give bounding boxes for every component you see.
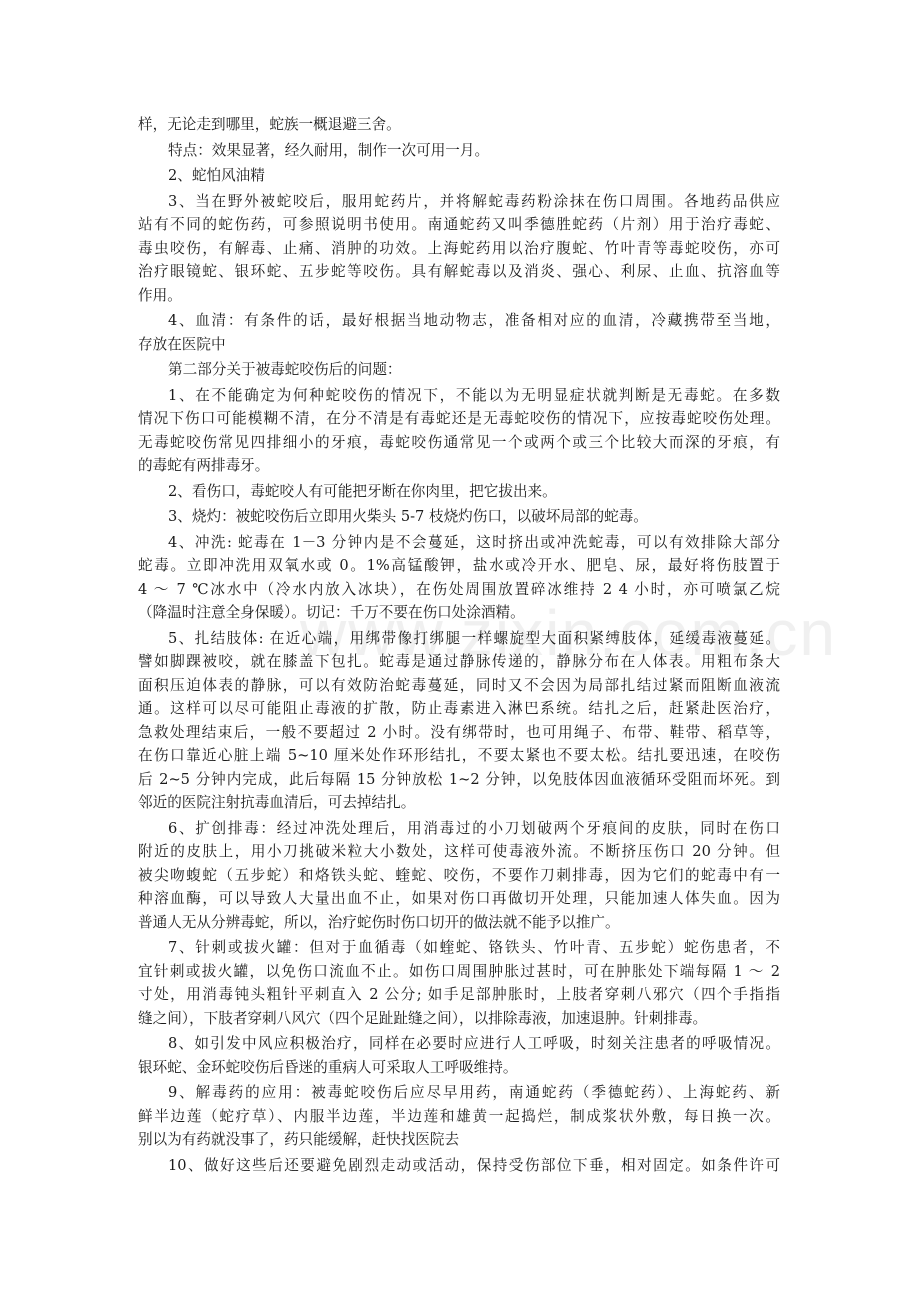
paragraph: 9、解毒药的应用：被毒蛇咬伤后应尽早用药，南通蛇药（季德蛇药）、上海蛇药、新鲜半… — [138, 1081, 780, 1152]
text-line: 2、看伤口，毒蛇咬人有可能把牙断在你肉里，把它拔出来。 — [138, 480, 780, 504]
paragraph: 8、如引发中风应积极治疗，同样在必要时应进行人工呼吸，时刻关注患者的呼吸情况。银… — [138, 1032, 780, 1079]
text-line: 被尖吻蝮蛇（五步蛇）和烙铁头蛇、蝰蛇、咬伤，不要作刀刺排毒，因为它们的蛇毒中有一 — [138, 864, 780, 888]
paragraph: 5、扎结肢体: 在近心端，用绑带像打绑腿一样螺旋型大面积紧缚肢体，延缓毒液蔓延。… — [138, 627, 780, 815]
text-line: 附近的皮肤上，用小刀挑破米粒大小数处，这样可使毒液外流。不断挤压伤口 20 分钟… — [138, 840, 780, 864]
text-line: 第二部分关于被毒蛇咬伤后的问题： — [138, 358, 780, 382]
text-line: 通。这样可以尽可能阻止毒液的扩散，防止毒素进入淋巴系统。结扎之后，赶紧赴医治疗， — [138, 697, 780, 721]
text-line: 样，无论走到哪里，蛇族一概退避三舍。 — [138, 113, 780, 137]
paragraph: 3、当在野外被蛇咬后，服用蛇药片，并将解蛇毒药粉涂抹在伤口周围。各地药品供应站有… — [138, 190, 780, 308]
document-page: 样，无论走到哪里，蛇族一概退避三舍。特点：效果显著，经久耐用，制作一次可用一月。… — [138, 113, 780, 1179]
text-line: 4、血清：有条件的话，最好根据当地动物志，准备相对应的血清，冷藏携带至当地， — [138, 309, 780, 333]
text-line: 7、针刺或拔火罐：但对于血循毒（如蝰蛇、铬铁头、竹叶青、五步蛇）蛇伤患者，不 — [138, 936, 780, 960]
text-line: 站有不同的蛇伤药，可参照说明书使用。南通蛇药又叫季德胜蛇药（片剂）用于治疗毒蛇、 — [138, 213, 780, 237]
paragraph: 7、针刺或拔火罐：但对于血循毒（如蝰蛇、铬铁头、竹叶青、五步蛇）蛇伤患者，不宜针… — [138, 936, 780, 1030]
paragraph: 1、在不能确定为何种蛇咬伤的情况下，不能以为无明显症状就判断是无毒蛇。在多数情况… — [138, 384, 780, 478]
text-line: 治疗眼镜蛇、银环蛇、五步蛇等咬伤。具有解蛇毒以及消炎、强心、利尿、止血、抗溶血等 — [138, 260, 780, 284]
text-line: （降温时注意全身保暖）。切记：千万不要在伤口处涂酒精。 — [138, 601, 780, 625]
text-line: 银环蛇、金环蛇咬伤后昏迷的重病人可采取人工呼吸维持。 — [138, 1056, 780, 1080]
text-line: 譬如脚踝被咬，就在膝盖下包扎。蛇毒是通过静脉传递的，静脉分布在人体表。用粗布条大 — [138, 650, 780, 674]
paragraph: 6、扩创排毒：经过冲洗处理后，用消毒过的小刀划破两个牙痕间的皮肤，同时在伤口附近… — [138, 817, 780, 935]
text-line: 9、解毒药的应用：被毒蛇咬伤后应尽早用药，南通蛇药（季德蛇药）、上海蛇药、新 — [138, 1081, 780, 1105]
paragraph: 3、烧灼：被蛇咬伤后立即用火柴头 5-7 枝烧灼伤口，以破坏局部的蛇毒。 — [138, 505, 780, 529]
text-line: 4、冲洗: 蛇毒在 1－3 分钟内是不会蔓延，这时挤出或冲洗蛇毒，可以有效排除大… — [138, 531, 780, 555]
text-line: 寸处，用消毒钝头粗针平刺直入 2 公分; 如手足部肿胀时，上肢者穿刺八邪穴（四个… — [138, 983, 780, 1007]
text-line: 缝之间），下肢者穿刺八风穴（四个足趾趾缝之间），以排除毒液，加速退肿。针刺排毒。 — [138, 1007, 780, 1031]
text-line: 1、在不能确定为何种蛇咬伤的情况下，不能以为无明显症状就判断是无毒蛇。在多数 — [138, 384, 780, 408]
paragraph: 样，无论走到哪里，蛇族一概退避三舍。 — [138, 113, 780, 137]
text-line: 后 2~5 分钟内完成，此后每隔 15 分钟放松 1~2 分钟，以免肢体因血液循… — [138, 768, 780, 792]
text-line: 在伤口靠近心脏上端 5~10 厘米处作环形结扎，不要太紧也不要太松。结扎要迅速，… — [138, 744, 780, 768]
text-line: 情况下伤口可能模糊不清，在分不清是有毒蛇还是无毒蛇咬伤的情况下，应按毒蛇咬伤处理… — [138, 407, 780, 431]
text-line: 毒虫咬伤，有解毒、止痛、消肿的功效。上海蛇药用以治疗腹蛇、竹叶青等毒蛇咬伤，亦可 — [138, 237, 780, 261]
text-line: 作用。 — [138, 284, 780, 308]
text-line: 6、扩创排毒：经过冲洗处理后，用消毒过的小刀划破两个牙痕间的皮肤，同时在伤口 — [138, 817, 780, 841]
paragraph: 10、做好这些后还要避免剧烈走动或活动，保持受伤部位下垂，相对固定。如条件许可 — [138, 1154, 780, 1178]
paragraph: 2、看伤口，毒蛇咬人有可能把牙断在你肉里，把它拔出来。 — [138, 480, 780, 504]
text-line: 特点：效果显著，经久耐用，制作一次可用一月。 — [138, 139, 780, 163]
text-line: 8、如引发中风应积极治疗，同样在必要时应进行人工呼吸，时刻关注患者的呼吸情况。 — [138, 1032, 780, 1056]
paragraph: 特点：效果显著，经久耐用，制作一次可用一月。 — [138, 139, 780, 163]
paragraph: 4、血清：有条件的话，最好根据当地动物志，准备相对应的血清，冷藏携带至当地，存放… — [138, 309, 780, 356]
text-line: 3、烧灼：被蛇咬伤后立即用火柴头 5-7 枝烧灼伤口，以破坏局部的蛇毒。 — [138, 505, 780, 529]
text-line: 3、当在野外被蛇咬后，服用蛇药片，并将解蛇毒药粉涂抹在伤口周围。各地药品供应 — [138, 190, 780, 214]
paragraph: 4、冲洗: 蛇毒在 1－3 分钟内是不会蔓延，这时挤出或冲洗蛇毒，可以有效排除大… — [138, 531, 780, 625]
text-line: 的毒蛇有两排毒牙。 — [138, 454, 780, 478]
text-line: 4 ～ 7 ℃冰水中（冷水内放入冰块），在伤处周围放置碎冰维持 2 4 小时，亦… — [138, 578, 780, 602]
text-line: 面积压迫体表的静脉，可以有效防治蛇毒蔓延，同时又不会因为局部扎结过紧而阻断血液流 — [138, 674, 780, 698]
text-line: 种溶血酶，可以导致人大量出血不止，如果对伤口再做切开处理，只能加速人体失血。因为 — [138, 887, 780, 911]
paragraph: 第二部分关于被毒蛇咬伤后的问题： — [138, 358, 780, 382]
text-line: 5、扎结肢体: 在近心端，用绑带像打绑腿一样螺旋型大面积紧缚肢体，延缓毒液蔓延。 — [138, 627, 780, 651]
text-line: 无毒蛇咬伤常见四排细小的牙痕，毒蛇咬伤通常见一个或两个或三个比较大而深的牙痕，有 — [138, 431, 780, 455]
text-line: 存放在医院中 — [138, 333, 780, 357]
text-line: 宜针刺或拔火罐，以免伤口流血不止。如伤口周围肿胀过甚时，可在肿胀处下端每隔 1 … — [138, 960, 780, 984]
paragraph: 2、蛇怕风油精 — [138, 164, 780, 188]
text-line: 2、蛇怕风油精 — [138, 164, 780, 188]
text-line: 急救处理结束后，一般不要超过 2 小时。没有绑带时，也可用绳子、布带、鞋带、稻草… — [138, 721, 780, 745]
text-line: 普通人无从分辨毒蛇，所以，治疗蛇伤时伤口切开的做法就不能予以推广。 — [138, 911, 780, 935]
text-line: 10、做好这些后还要避免剧烈走动或活动，保持受伤部位下垂，相对固定。如条件许可 — [138, 1154, 780, 1178]
text-line: 别以为有药就没事了，药只能缓解，赶快找医院去 — [138, 1128, 780, 1152]
text-line: 鲜半边莲（蛇疗草）、内服半边莲，半边莲和雄黄一起捣烂，制成浆状外敷，每日换一次。 — [138, 1105, 780, 1129]
text-line: 蛇毒。立即冲洗用双氧水或 0。1%高锰酸钾，盐水或冷开水、肥皂、尿，最好将伤肢置… — [138, 554, 780, 578]
text-line: 邻近的医院注射抗毒血清后，可去掉结扎。 — [138, 791, 780, 815]
